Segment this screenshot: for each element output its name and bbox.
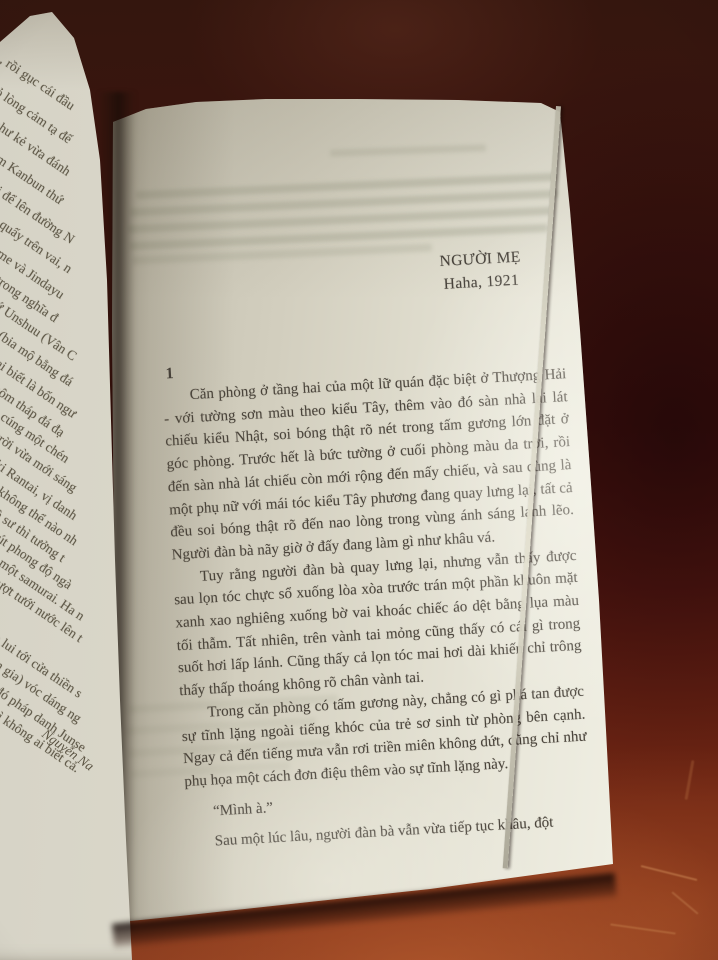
paragraph: Căn phòng ở tầng hai của một lữ quán đặc… (162, 363, 576, 567)
table-scratch (641, 865, 698, 881)
table-scratch (610, 923, 676, 934)
body-text: Căn phòng ở tầng hai của một lữ quán đặc… (162, 363, 592, 855)
book-photo: NGƯỜI MẸ Haha, 1921 1 Căn phòng ở tầng h… (0, 0, 718, 960)
section-number: 1 (165, 365, 174, 383)
table-scratch (685, 760, 695, 800)
table-scratch (671, 891, 698, 914)
page-subtitle: Haha, 1921 (440, 268, 522, 295)
chapter-heading: NGƯỜI MẸ Haha, 1921 (439, 246, 523, 296)
page-content: NGƯỜI MẸ Haha, 1921 1 Căn phòng ở tầng h… (113, 71, 597, 894)
